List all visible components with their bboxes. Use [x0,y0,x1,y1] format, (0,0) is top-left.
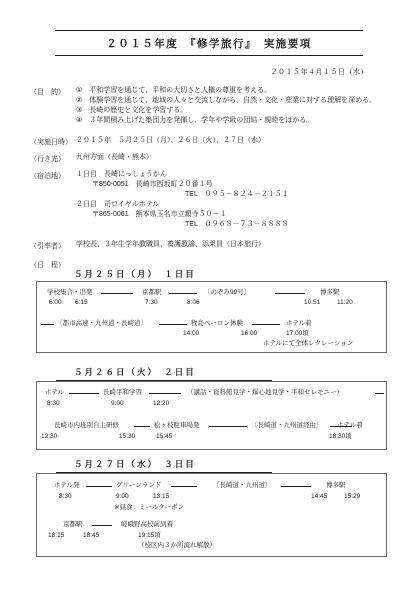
purpose-item-2: ② 体験学習を通じて、地域の人々と交流しながら、自然・文化・産業に対する理解を深… [76,97,376,106]
day3-lunch-note: ※昼食：ミールクーポン [114,504,184,512]
route-connector [169,293,197,294]
route-connector [149,393,181,394]
day2-time: 12:20 [153,400,169,408]
day3-stop: 〔長崎道・九州道〕 [213,482,272,490]
route-connector [252,324,280,325]
purpose-label: （目 的） [30,87,65,97]
day2-schedule-box: ホテル 長崎平和学習 （講話・資料館見学・爆心地見学・平和セレモニー） 8:30… [36,381,387,450]
day2-stop: 長崎市内班別自主研修 [54,422,119,430]
route-connector [281,486,311,487]
day3-time: 15:29 [344,493,360,501]
day1-note: ホテルにて全体レクレーション [263,340,353,348]
route-connector [134,426,150,427]
dates-text: ２０１５年 ５月２５日（月）、２６日（火）、２７日（水） [76,137,265,146]
day1-time: 7:30 [145,299,158,307]
lodging-day2-tel: TEL ０９６８－７３－８８８８ [185,221,289,230]
day1-time: 11:20 [337,299,353,307]
chaperones-label: （引率者） [30,241,65,251]
day1-stop: 京都駅 [142,289,162,297]
day1-stop: 〔都市高速・九州道・長崎道〕 [56,320,147,328]
day3-time: 19:15頃 [138,532,161,540]
route-connector [101,293,133,294]
title-block: ２０１５年度 『修学旅行』 実施要項 [55,30,363,56]
day1-schedule-box: 学校集合・出発 京都駅 〔のぞみ99号〕 博多駅 6:00 6:15 7:30 … [36,281,387,353]
destination-label: （行き先） [30,154,65,164]
day1-time: 6:15 [75,299,88,307]
day1-time: 8:06 [187,299,200,307]
day2-stop: （講話・資料館見学・爆心地見学・平和セレモニー） [187,389,343,397]
route-connector [159,324,187,325]
day2-header: ５月２６日（火） ２日目 [56,366,272,381]
day1-stop: ホテル着 [286,320,312,328]
day2-stop: 長崎平和学習 [103,389,142,397]
document-page: ２０１５年度 『修学旅行』 実施要項 ２０１５年４月１５日（水） （目 的） ①… [0,0,420,594]
route-connector [209,426,247,427]
day3-stop: 嵯峨野高校前到着 [121,521,173,529]
day3-time: 8:30 [59,493,72,501]
route-connector [92,525,112,526]
lodging-day1-address: 〒850-0051 長崎市西坂町２０番１号 [92,181,213,190]
route-connector [275,293,305,294]
day2-stop: ホテル [45,389,64,397]
day1-stop: 〔のぞみ99号〕 [204,289,250,297]
page-title: ２０１５年度 『修学旅行』 実施要項 [106,38,312,50]
day3-stop: グリーンランド [116,482,161,490]
chaperones-text: 学校長、３年生学年教職員、養護教諭、添乗員（日本旅行） [76,241,265,250]
day1-time: 6:00 [49,299,62,307]
route-connector [171,486,197,487]
day1-stop: 学校集合・出発 [47,289,93,297]
lodging-day2-name: ２日目 司ロイヤルホテル [76,201,159,210]
day2-time: 8:30 [47,400,60,408]
issue-date: ２０１５年４月１５日（水） [271,67,369,77]
day3-time: 18:45 [83,532,99,540]
lodging-day2-address: 〒865-0061 熊本県玉名市立願寺５０－１ [92,211,227,220]
day1-time: 16:00 [241,330,257,338]
day2-stop: 〔長崎道・九州道経由〕 [251,422,323,430]
day3-schedule-box: ホテル発 グリーンランド 〔長崎道・九州道〕 博多駅 8:30 9:00 13:… [36,473,387,557]
day2-time: 15:30 [119,433,135,441]
day1-time: 17:00頃 [286,330,309,338]
lodging-day1-name: １日目 長崎にっしょうかん [76,171,167,180]
day1-time: 10:51 [304,299,320,307]
purpose-item-3: ③ 長崎の歴史と文化を学習する。 [76,107,187,116]
destination-text: 九州方面（長崎・熊本） [76,154,153,163]
day3-time: 14:45 [311,493,327,501]
route-connector [86,486,112,487]
day3-stop: 京都駅 [63,521,83,529]
day2-stop: 松ヶ枝駐車場発 [154,422,200,430]
day2-stop: ホテル着 [337,422,363,430]
day1-time: 14:00 [183,330,199,338]
lodging-day1-tel: TEL ０９５－８２４－２１５１ [185,191,289,200]
day1-stop: 牧島ペーロン体験 [191,320,243,328]
route-connector [69,393,99,394]
purpose-item-1: ① 平和学習を通じて、平和の大切さと人権の尊重を考える。 [76,87,271,96]
day3-time: 9:00 [116,493,129,501]
day2-time: 12:30 [41,433,57,441]
day3-header: ５月２７日（水） ３日目 [56,458,272,473]
day3-stop: 博多駅 [326,482,346,490]
day1-stop: 博多駅 [320,289,340,297]
day2-time: 18:30頃 [329,433,352,441]
day3-time: 18:15 [48,532,64,540]
lodging-label: （宿泊地） [30,171,65,181]
day2-time: 9:00 [111,400,124,408]
route-connector [375,393,384,394]
day3-dismissal-note: （校区内３か所流れ解散） [138,542,216,550]
day3-stop: ホテル発 [54,482,80,490]
dates-label: （実施日時） [30,137,72,147]
day3-time: 13:15 [153,493,169,501]
day2-time: 15:45 [156,433,172,441]
route-connector [41,324,54,325]
purpose-item-4: ④ ３年間積み上げた集団力を発揮し、学年や学級の団結・親睦をはかる。 [76,117,313,126]
